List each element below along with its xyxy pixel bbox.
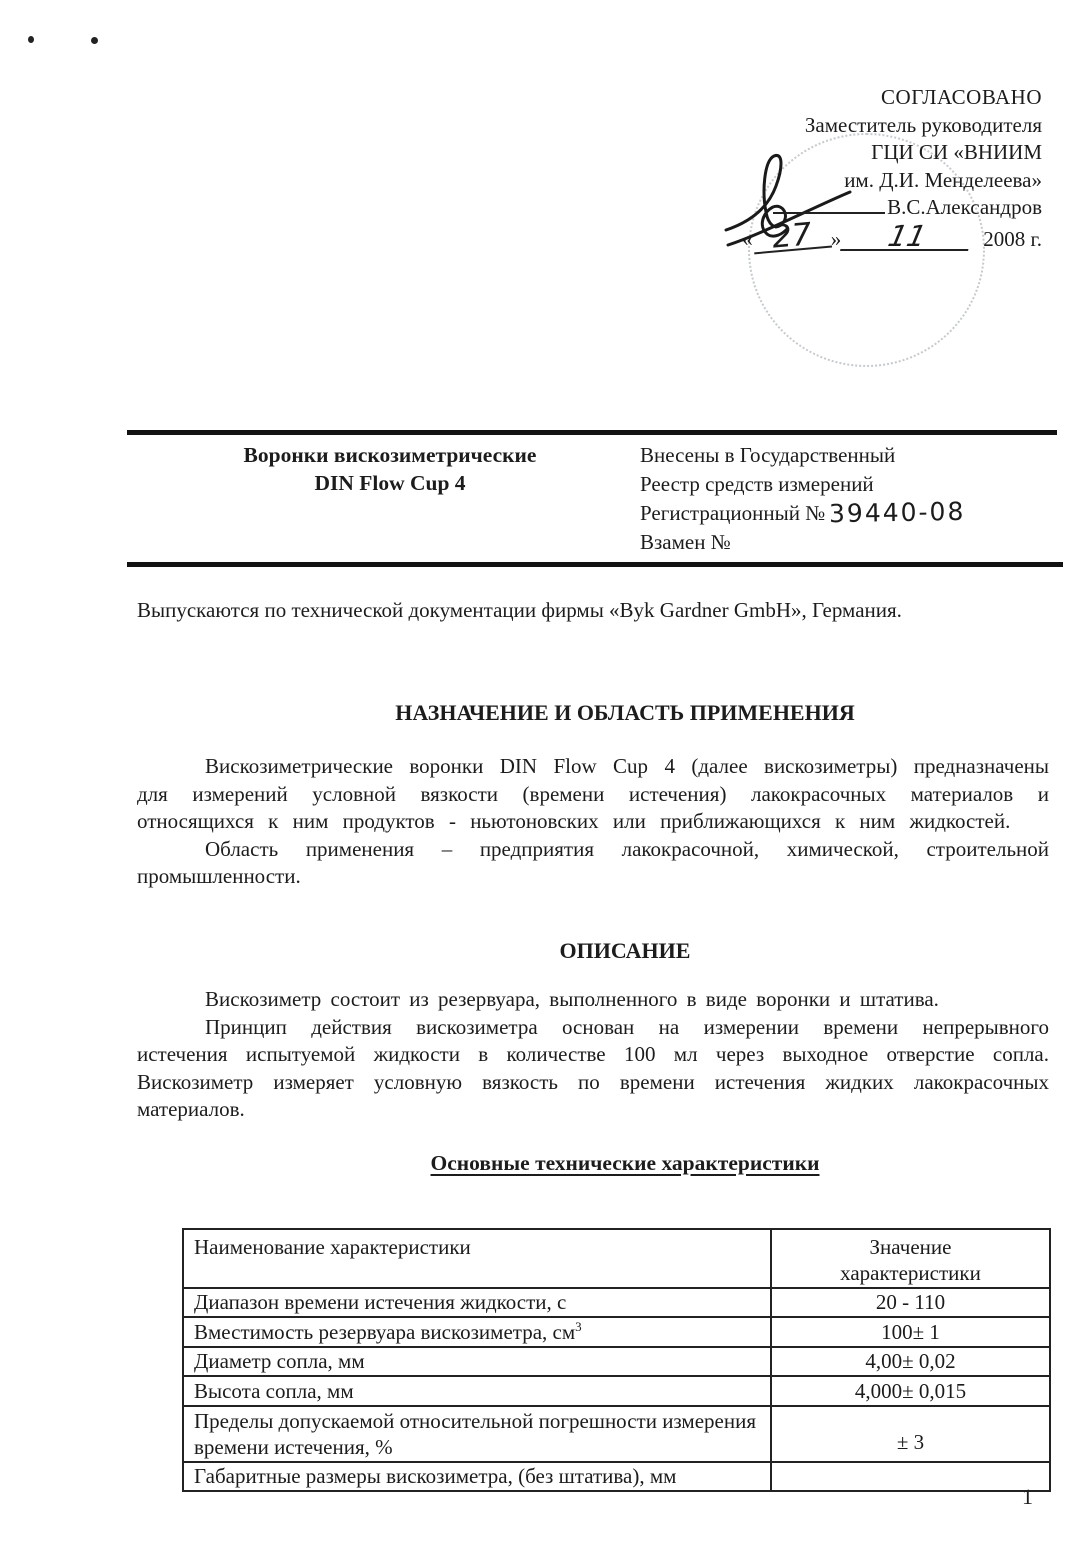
paragraph: Принцип действия вискозиметра основан на… (137, 1014, 1049, 1124)
scan-artifact-dot (91, 37, 98, 44)
table-header-value-line1: Значение (782, 1234, 1039, 1260)
table-header-value: Значение характеристики (771, 1229, 1050, 1288)
table-header-name: Наименование характеристики (183, 1229, 771, 1288)
document-page: СОГЛАСОВАНО Заместитель руководителя ГЦИ… (0, 0, 1086, 1560)
table-cell-value: 100± 1 (771, 1317, 1050, 1347)
table-header-value-line2: характеристики (782, 1260, 1039, 1286)
handwritten-registry-number: 39440-08 (829, 498, 966, 529)
approval-line: ГЦИ СИ «ВНИИМ (712, 139, 1042, 167)
header-rule-bottom (127, 562, 1063, 567)
intro-paragraph: Выпускаются по технической документации … (137, 598, 1052, 623)
document-title-line2: DIN Flow Cup 4 (185, 469, 595, 497)
table-row: Диапазон времени истечения жидкости, с 2… (183, 1288, 1050, 1317)
section-heading-description: ОПИСАНИЕ (180, 938, 1070, 964)
date-line: « 27 » 11 2008 г. (712, 223, 1042, 254)
signatory-name: В.С.Александров (887, 195, 1042, 219)
registry-number-label: Регистрационный № (640, 501, 825, 525)
page-number: 1 (1022, 1484, 1033, 1510)
approval-line: им. Д.И. Менделеева» (712, 167, 1042, 195)
scan-artifact-dot (28, 36, 34, 43)
signature-underline (773, 194, 885, 214)
table-row: Габаритные размеры вискозиметра, (без шт… (183, 1462, 1050, 1491)
header-rule-top (127, 430, 1057, 435)
paragraph: Вискозиметрические воронки DIN Flow Cup … (137, 753, 1049, 836)
table-cell-value: 4,000± 0,015 (771, 1376, 1050, 1406)
registry-replaces-line: Взамен № (640, 528, 1060, 557)
approval-title: СОГЛАСОВАНО (712, 84, 1042, 112)
specs-table: Наименование характеристики Значение хар… (182, 1228, 1051, 1492)
table-cell-value: ± 3 (771, 1406, 1050, 1462)
approval-line: Заместитель руководителя (712, 112, 1042, 140)
registry-number-line: Регистрационный №39440-08 (640, 498, 1060, 528)
section-heading-purpose: НАЗНАЧЕНИЕ И ОБЛАСТЬ ПРИМЕНЕНИЯ (180, 700, 1070, 726)
table-cell-name: Пределы допускаемой относительной погреш… (183, 1406, 771, 1462)
quote-open: « (742, 226, 753, 254)
purpose-body: Вискозиметрические воронки DIN Flow Cup … (137, 753, 1049, 891)
handwritten-day: 27 (752, 219, 832, 254)
paragraph: Область применения – предприятия лакокра… (137, 836, 1049, 891)
table-cell-name: Вместимость резервуара вискозиметра, см3 (183, 1317, 771, 1347)
section-heading-specs: Основные технические характеристики (180, 1151, 1070, 1176)
table-cell-value: 4,00± 0,02 (771, 1347, 1050, 1376)
signature-line: В.С.Александров (712, 194, 1042, 222)
superscript: 3 (575, 1319, 582, 1334)
date-year: 2008 г. (983, 226, 1042, 254)
approval-block: СОГЛАСОВАНО Заместитель руководителя ГЦИ… (712, 84, 1042, 253)
table-cell-name: Габаритные размеры вискозиметра, (без шт… (183, 1462, 771, 1491)
document-title: Воронки вискозиметрические DIN Flow Cup … (185, 441, 595, 497)
table-cell-value: 20 - 110 (771, 1288, 1050, 1317)
table-cell-name: Диаметр сопла, мм (183, 1347, 771, 1376)
table-row: Диаметр сопла, мм 4,00± 0,02 (183, 1347, 1050, 1376)
table-cell-name: Диапазон времени истечения жидкости, с (183, 1288, 771, 1317)
registry-block: Внесены в Государственный Реестр средств… (640, 441, 1060, 556)
table-row: Пределы допускаемой относительной погреш… (183, 1406, 1050, 1462)
table-row: Вместимость резервуара вискозиметра, см3… (183, 1317, 1050, 1347)
table-row: Высота сопла, мм 4,000± 0,015 (183, 1376, 1050, 1406)
specs-heading-text: Основные технические характеристики (431, 1151, 820, 1175)
document-title-line1: Воронки вискозиметрические (185, 441, 595, 469)
registry-line: Внесены в Государственный (640, 441, 1060, 470)
table-cell-value (771, 1462, 1050, 1491)
description-body: Вискозиметр состоит из резервуара, выпол… (137, 986, 1049, 1124)
registry-line: Реестр средств измерений (640, 470, 1060, 499)
table-header-row: Наименование характеристики Значение хар… (183, 1229, 1050, 1288)
table-cell-name: Высота сопла, мм (183, 1376, 771, 1406)
paragraph: Вискозиметр состоит из резервуара, выпол… (137, 986, 1049, 1014)
handwritten-month: 11 (840, 223, 974, 251)
